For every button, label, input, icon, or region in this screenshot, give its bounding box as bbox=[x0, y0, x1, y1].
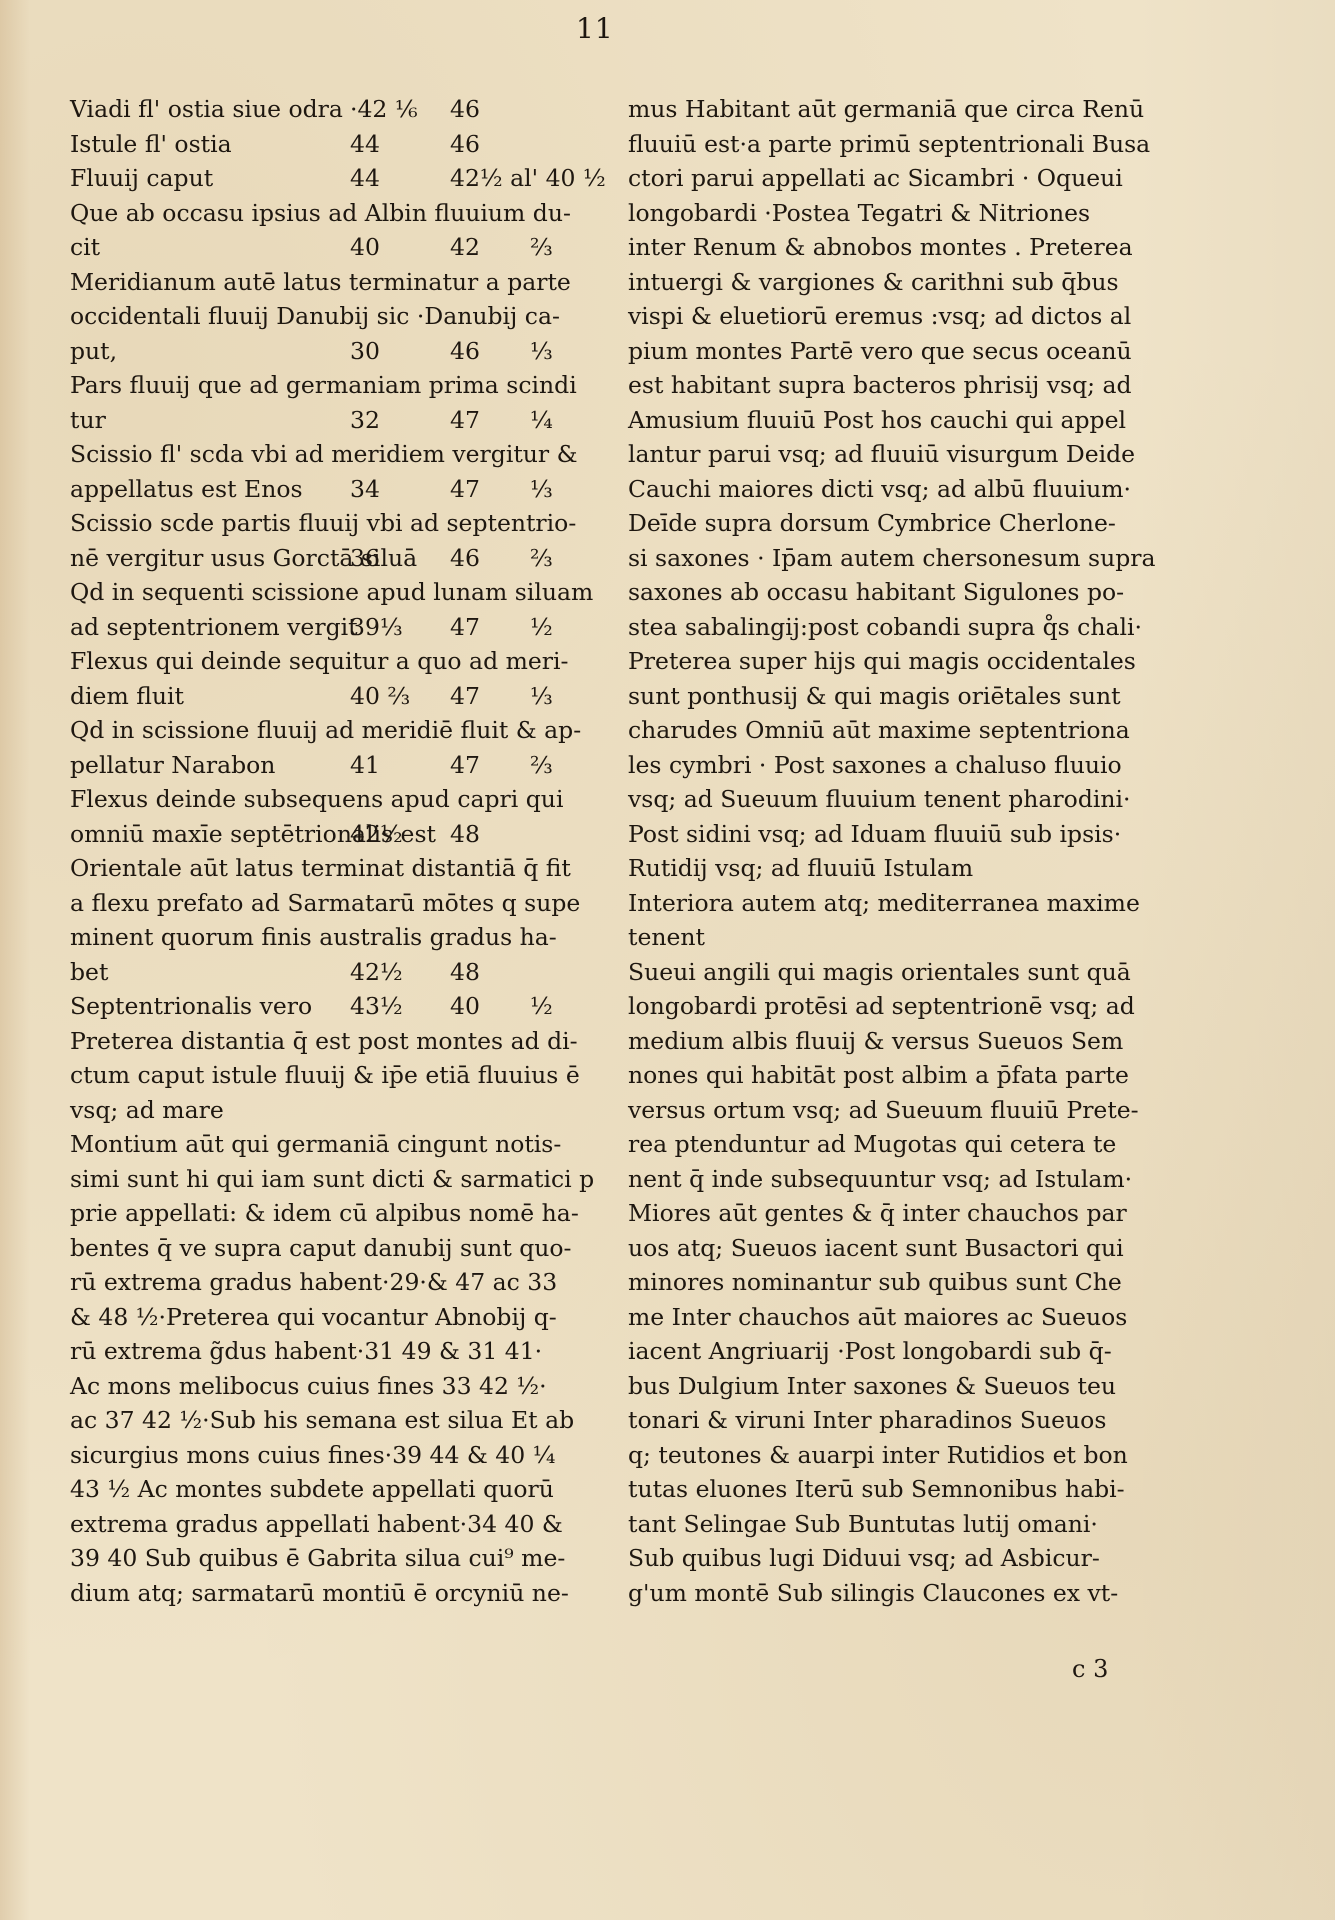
coordinate-value: 47 bbox=[450, 748, 480, 783]
line-text: extrema gradus appellati habent·34 40 & bbox=[70, 1507, 563, 1542]
paper-shading bbox=[1135, 0, 1335, 1920]
coordinate-value: 34 bbox=[350, 472, 380, 507]
line-text: put, bbox=[70, 334, 117, 369]
coordinate-value: 44 bbox=[350, 127, 380, 162]
right-text-line: vsq; ad Sueuum fluuium tenent pharodini· bbox=[628, 782, 1138, 817]
right-text-line: rea ptenduntur ad Mugotas qui cetera te bbox=[628, 1127, 1138, 1162]
line-text: Scissio fl' scda vbi ad meridiem vergitu… bbox=[70, 437, 578, 472]
left-text-line: a flexu prefato ad Sarmatarū mōtes q sup… bbox=[70, 886, 560, 921]
right-text-line: minores nominantur sub quibus sunt Che bbox=[628, 1265, 1138, 1300]
line-text: Istule fl' ostia bbox=[70, 127, 232, 162]
line-text: Fluuij caput bbox=[70, 161, 213, 196]
line-text: vsq; ad mare bbox=[70, 1093, 224, 1128]
right-text-line: bus Dulgium Inter saxones & Sueuos teu bbox=[628, 1369, 1138, 1404]
coordinate-value: 42½ bbox=[350, 955, 403, 990]
left-text-line: 39 40 Sub quibus ē Gabrita silua cui⁹ me… bbox=[70, 1541, 560, 1576]
line-text: Que ab occasu ipsius ad Albin fluuium du… bbox=[70, 196, 571, 231]
coordinate-value: 42 bbox=[450, 230, 480, 265]
left-text-line: Pars fluuij que ad germaniam prima scind… bbox=[70, 368, 560, 403]
line-text: Pars fluuij que ad germaniam prima scind… bbox=[70, 368, 577, 403]
line-text: Ac mons melibocus cuius fines 33 42 ½· bbox=[70, 1369, 547, 1404]
left-text-line: Que ab occasu ipsius ad Albin fluuium du… bbox=[70, 196, 560, 231]
coordinate-value: 47 bbox=[450, 472, 480, 507]
line-text: appellatus est Enos bbox=[70, 472, 303, 507]
line-text: rū extrema g̃dus habent·31 49 & 31 41· bbox=[70, 1334, 542, 1369]
line-text: Meridianum autē latus terminatur a parte bbox=[70, 265, 571, 300]
left-text-line: simi sunt hi qui iam sunt dicti & sarmat… bbox=[70, 1162, 560, 1197]
right-text-line: Sub quibus lugi Diduui vsq; ad Asbicur- bbox=[628, 1541, 1138, 1576]
right-text-line: longobardi ·Postea Tegatri & Nitriones bbox=[628, 196, 1138, 231]
line-text: Scissio scde partis fluuij vbi ad septen… bbox=[70, 506, 576, 541]
right-text-line: est habitant supra bacteros phrisij vsq;… bbox=[628, 368, 1138, 403]
left-text-line: prie appellati: & idem cū alpibus nomē h… bbox=[70, 1196, 560, 1231]
right-text-line: charudes Omniū aūt maxime septentriona bbox=[628, 713, 1138, 748]
coordinate-value: ⅓ bbox=[530, 472, 553, 507]
left-text-line: vsq; ad mare bbox=[70, 1093, 560, 1128]
left-text-line: Scissio scde partis fluuij vbi ad septen… bbox=[70, 506, 560, 541]
coordinate-value: 42½ al' 40 ½ bbox=[450, 161, 606, 196]
coordinate-value: 32 bbox=[350, 403, 380, 438]
coordinate-value: 47 bbox=[450, 610, 480, 645]
right-text-line: Interiora autem atq; mediterranea maxime bbox=[628, 886, 1138, 921]
left-text-line: rū extrema g̃dus habent·31 49 & 31 41· bbox=[70, 1334, 560, 1369]
line-text: tur bbox=[70, 403, 106, 438]
left-text-line: pellatur Narabon4147⅔ bbox=[70, 748, 560, 783]
right-text-line: Deīde supra dorsum Cymbrice Cherlone- bbox=[628, 506, 1138, 541]
coordinate-value: 40 bbox=[350, 230, 380, 265]
right-text-line: inter Renum & abnobos montes . Preterea bbox=[628, 230, 1138, 265]
line-text: prie appellati: & idem cū alpibus nomē h… bbox=[70, 1196, 579, 1231]
right-text-line: me Inter chauchos aūt maiores ac Sueuos bbox=[628, 1300, 1138, 1335]
right-text-line: uos atq; Sueuos iacent sunt Busactori qu… bbox=[628, 1231, 1138, 1266]
line-text: bentes q̄ ve supra caput danubij sunt qu… bbox=[70, 1231, 572, 1266]
coordinate-value: 40 ⅔ bbox=[350, 679, 410, 714]
line-text: rū extrema gradus habent·29·& 47 ac 33 bbox=[70, 1265, 557, 1300]
left-text-line: appellatus est Enos3447⅓ bbox=[70, 472, 560, 507]
folio-number: 11 bbox=[576, 12, 614, 45]
left-text-line: omniū maxīe septētrionalis est42½48 bbox=[70, 817, 560, 852]
right-text-line: Post sidini vsq; ad Iduam fluuiū sub ips… bbox=[628, 817, 1138, 852]
left-column: Viadi fl' ostia siue odra·42 ⅙46Istule f… bbox=[70, 92, 560, 1610]
left-text-line: Fluuij caput4442½ al' 40 ½ bbox=[70, 161, 560, 196]
coordinate-value: ½ bbox=[530, 610, 553, 645]
coordinate-value: 46 bbox=[450, 92, 480, 127]
line-text: Preterea distantia q̄ est post montes ad… bbox=[70, 1024, 578, 1059]
right-text-line: Cauchi maiores dicti vsq; ad albū fluuiu… bbox=[628, 472, 1138, 507]
line-text: Orientale aūt latus terminat distantiā q… bbox=[70, 851, 571, 886]
left-text-line: put,3046⅓ bbox=[70, 334, 560, 369]
line-text: Qd in sequenti scissione apud lunam silu… bbox=[70, 575, 593, 610]
signature-mark: c 3 bbox=[1072, 1655, 1108, 1683]
line-text: Septentrionalis vero bbox=[70, 989, 312, 1024]
left-text-line: extrema gradus appellati habent·34 40 & bbox=[70, 1507, 560, 1542]
right-text-line: nent q̄ inde subsequuntur vsq; ad Istula… bbox=[628, 1162, 1138, 1197]
coordinate-value: 39⅓ bbox=[350, 610, 403, 645]
line-text: Viadi fl' ostia siue odra bbox=[70, 92, 343, 127]
coordinate-value: ⅓ bbox=[530, 679, 553, 714]
line-text: Qd in scissione fluuij ad meridiē fluit … bbox=[70, 713, 581, 748]
line-text: pellatur Narabon bbox=[70, 748, 275, 783]
left-text-line: Orientale aūt latus terminat distantiā q… bbox=[70, 851, 560, 886]
right-text-line: q; teutones & auarpi inter Rutidios et b… bbox=[628, 1438, 1138, 1473]
right-text-line: pium montes Partē vero que secus oceanū bbox=[628, 334, 1138, 369]
right-text-line: tonari & viruni Inter pharadinos Sueuos bbox=[628, 1403, 1138, 1438]
left-text-line: Meridianum autē latus terminatur a parte bbox=[70, 265, 560, 300]
line-text: ctum caput istule fluuij & ip̄e etiā flu… bbox=[70, 1058, 580, 1093]
left-text-line: minent quorum finis australis gradus ha- bbox=[70, 920, 560, 955]
right-text-line: les cymbri · Post saxones a chaluso fluu… bbox=[628, 748, 1138, 783]
left-text-line: Montium aūt qui germaniā cingunt notis- bbox=[70, 1127, 560, 1162]
right-text-line: Miores aūt gentes & q̄ inter chauchos pa… bbox=[628, 1196, 1138, 1231]
line-text: Flexus deinde subsequens apud capri qui bbox=[70, 782, 563, 817]
coordinate-value: ·42 ⅙ bbox=[350, 92, 418, 127]
left-text-line: ctum caput istule fluuij & ip̄e etiā flu… bbox=[70, 1058, 560, 1093]
right-text-line: Amusium fluuiū Post hos cauchi qui appel bbox=[628, 403, 1138, 438]
right-text-line: saxones ab occasu habitant Sigulones po- bbox=[628, 575, 1138, 610]
line-text: diem fluit bbox=[70, 679, 184, 714]
coordinate-value: 36 bbox=[350, 541, 380, 576]
coordinate-value: ⅔ bbox=[530, 230, 553, 265]
right-text-line: Sueui angili qui magis orientales sunt q… bbox=[628, 955, 1138, 990]
line-text: minent quorum finis australis gradus ha- bbox=[70, 920, 557, 955]
right-text-line: Preterea super hijs qui magis occidental… bbox=[628, 644, 1138, 679]
coordinate-value: 47 bbox=[450, 679, 480, 714]
coordinate-value: ¼ bbox=[530, 403, 553, 438]
right-text-line: nones qui habitāt post albim a p̄fata pa… bbox=[628, 1058, 1138, 1093]
coordinate-value: ⅓ bbox=[530, 334, 553, 369]
line-text: 39 40 Sub quibus ē Gabrita silua cui⁹ me… bbox=[70, 1541, 565, 1576]
right-text-line: g'um montē Sub silingis Claucones ex vt- bbox=[628, 1576, 1138, 1611]
right-column: mus Habitant aūt germaniā que circa Renū… bbox=[628, 92, 1138, 1610]
right-text-line: tenent bbox=[628, 920, 1138, 955]
right-text-line: tutas eluones Iterū sub Semnonibus habi- bbox=[628, 1472, 1138, 1507]
right-text-line: iacent Angriuarij ·Post longobardi sub q… bbox=[628, 1334, 1138, 1369]
right-text-line: sunt ponthusij & qui magis oriētales sun… bbox=[628, 679, 1138, 714]
left-text-line: Septentrionalis vero43½40½ bbox=[70, 989, 560, 1024]
left-text-line: Qd in scissione fluuij ad meridiē fluit … bbox=[70, 713, 560, 748]
line-text: dium atq; sarmatarū montiū ē orcyniū ne- bbox=[70, 1576, 569, 1611]
right-text-line: tant Selingae Sub Buntutas lutij omani· bbox=[628, 1507, 1138, 1542]
line-text: bet bbox=[70, 955, 108, 990]
right-text-line: versus ortum vsq; ad Sueuum fluuiū Prete… bbox=[628, 1093, 1138, 1128]
right-text-line: intuergi & vargiones & carithni sub q̄bu… bbox=[628, 265, 1138, 300]
line-text: simi sunt hi qui iam sunt dicti & sarmat… bbox=[70, 1162, 594, 1197]
coordinate-value: 43½ bbox=[350, 989, 403, 1024]
left-text-line: bet42½48 bbox=[70, 955, 560, 990]
line-text: cit bbox=[70, 230, 100, 265]
coordinate-value: 46 bbox=[450, 334, 480, 369]
left-text-line: Scissio fl' scda vbi ad meridiem vergitu… bbox=[70, 437, 560, 472]
right-text-line: mus Habitant aūt germaniā que circa Renū bbox=[628, 92, 1138, 127]
coordinate-value: ⅔ bbox=[530, 541, 553, 576]
line-text: Flexus qui deinde sequitur a quo ad meri… bbox=[70, 644, 568, 679]
left-text-line: tur3247¼ bbox=[70, 403, 560, 438]
coordinate-value: 41 bbox=[350, 748, 380, 783]
left-text-line: Istule fl' ostia4446 bbox=[70, 127, 560, 162]
right-text-line: medium albis fluuij & versus Sueuos Sem bbox=[628, 1024, 1138, 1059]
left-text-line: ac 37 42 ½·Sub his semana est silua Et a… bbox=[70, 1403, 560, 1438]
left-text-line: dium atq; sarmatarū montiū ē orcyniū ne- bbox=[70, 1576, 560, 1611]
coordinate-value: 44 bbox=[350, 161, 380, 196]
line-text: Montium aūt qui germaniā cingunt notis- bbox=[70, 1127, 561, 1162]
right-text-line: longobardi protēsi ad septentrionē vsq; … bbox=[628, 989, 1138, 1024]
line-text: 43 ½ Ac montes subdete appellati quorū bbox=[70, 1472, 554, 1507]
line-text: sicurgius mons cuius fines·39 44 & 40 ¼ bbox=[70, 1438, 555, 1473]
coordinate-value: 47 bbox=[450, 403, 480, 438]
left-text-line: Flexus qui deinde sequitur a quo ad meri… bbox=[70, 644, 560, 679]
line-text: a flexu prefato ad Sarmatarū mōtes q sup… bbox=[70, 886, 580, 921]
left-text-line: occidentali fluuij Danubij sic ·Danubij … bbox=[70, 299, 560, 334]
left-text-line: nē vergitur usus Gorctā siluā3646⅔ bbox=[70, 541, 560, 576]
left-text-line: bentes q̄ ve supra caput danubij sunt qu… bbox=[70, 1231, 560, 1266]
coordinate-value: 48 bbox=[450, 817, 480, 852]
left-text-line: Ac mons melibocus cuius fines 33 42 ½· bbox=[70, 1369, 560, 1404]
left-text-line: Viadi fl' ostia siue odra·42 ⅙46 bbox=[70, 92, 560, 127]
line-text: occidentali fluuij Danubij sic ·Danubij … bbox=[70, 299, 560, 334]
left-text-line: rū extrema gradus habent·29·& 47 ac 33 bbox=[70, 1265, 560, 1300]
right-text-line: lantur parui vsq; ad fluuiū visurgum Dei… bbox=[628, 437, 1138, 472]
coordinate-value: 46 bbox=[450, 541, 480, 576]
right-text-line: vispi & eluetiorū eremus :vsq; ad dictos… bbox=[628, 299, 1138, 334]
left-text-line: diem fluit40 ⅔47⅓ bbox=[70, 679, 560, 714]
left-text-line: & 48 ½·Preterea qui vocantur Abnobij q- bbox=[70, 1300, 560, 1335]
coordinate-value: 42½ bbox=[350, 817, 403, 852]
right-text-line: si saxones · Ip̄am autem chersonesum sup… bbox=[628, 541, 1138, 576]
coordinate-value: 48 bbox=[450, 955, 480, 990]
left-text-line: sicurgius mons cuius fines·39 44 & 40 ¼ bbox=[70, 1438, 560, 1473]
coordinate-value: ½ bbox=[530, 989, 553, 1024]
left-text-line: Flexus deinde subsequens apud capri qui bbox=[70, 782, 560, 817]
left-text-line: Qd in sequenti scissione apud lunam silu… bbox=[70, 575, 560, 610]
coordinate-value: 40 bbox=[450, 989, 480, 1024]
left-text-line: ad septentrionem vergit39⅓47½ bbox=[70, 610, 560, 645]
line-text: & 48 ½·Preterea qui vocantur Abnobij q- bbox=[70, 1300, 557, 1335]
coordinate-value: 30 bbox=[350, 334, 380, 369]
left-text-line: 43 ½ Ac montes subdete appellati quorū bbox=[70, 1472, 560, 1507]
line-text: ad septentrionem vergit bbox=[70, 610, 358, 645]
line-text: ac 37 42 ½·Sub his semana est silua Et a… bbox=[70, 1403, 574, 1438]
coordinate-value: ⅔ bbox=[530, 748, 553, 783]
right-text-line: ctori parui appellati ac Sicambri · Oque… bbox=[628, 161, 1138, 196]
left-text-line: Preterea distantia q̄ est post montes ad… bbox=[70, 1024, 560, 1059]
right-text-line: fluuiū est·a parte primū septentrionali … bbox=[628, 127, 1138, 162]
left-text-line: cit4042⅔ bbox=[70, 230, 560, 265]
right-text-line: Rutidij vsq; ad fluuiū Istulam bbox=[628, 851, 1138, 886]
right-text-line: stea sabalingij:post cobandi supra q̊s c… bbox=[628, 610, 1138, 645]
coordinate-value: 46 bbox=[450, 127, 480, 162]
